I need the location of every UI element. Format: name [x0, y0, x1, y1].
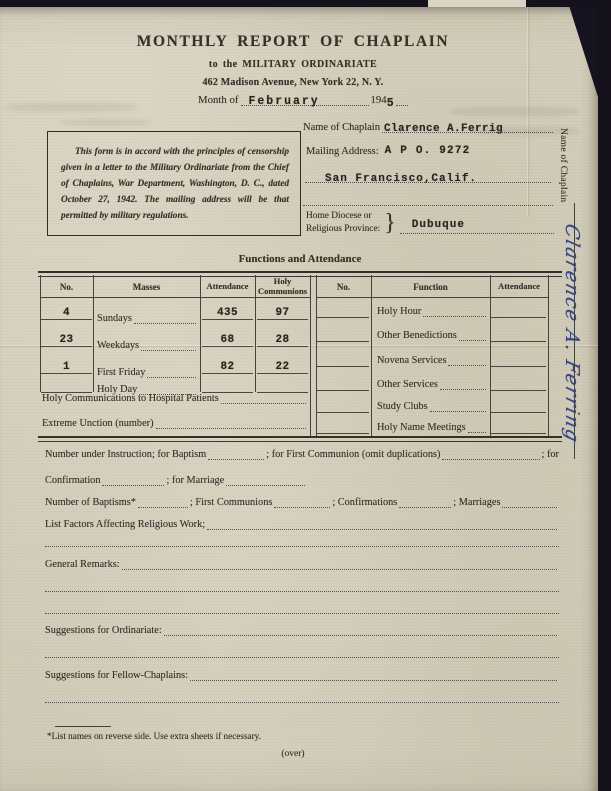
blank-line	[45, 657, 559, 658]
name-line: Name of Chaplain Clarence A.Ferrig	[303, 117, 555, 133]
bleed-through	[60, 119, 150, 126]
year-printed: 194	[371, 94, 387, 106]
blank-line	[45, 591, 559, 592]
function-label: Other Benedictions	[377, 330, 457, 341]
masses-attendance-cell: 68	[202, 329, 253, 347]
field-leader	[138, 491, 188, 508]
col-header-attendance: Attendance	[490, 282, 548, 292]
function-no-cell	[317, 395, 369, 413]
name-label: Name of Chaplain	[303, 122, 380, 133]
form-page: MONTHLY REPORT OF CHAPLAIN to the MILITA…	[0, 7, 598, 791]
label-leader	[134, 307, 196, 324]
function-label: Study Clubs	[377, 401, 428, 412]
label-leader	[468, 416, 486, 433]
page-title: MONTHLY REPORT OF CHAPLAIN	[0, 33, 586, 51]
masses-no-value: 23	[59, 334, 73, 346]
month-leader: February	[241, 89, 369, 106]
blank-line	[45, 546, 559, 547]
function-attendance-cell	[491, 395, 546, 413]
col-header-function: Function	[371, 282, 490, 292]
function-label: Novena Services	[377, 355, 446, 366]
field-leader	[190, 664, 557, 681]
numbers-label-2: ; First Communions	[190, 497, 272, 508]
diocese-label: Home Diocese or Religious Province:	[306, 210, 380, 235]
attendance-value: 82	[220, 361, 234, 373]
blank-line	[45, 702, 559, 703]
function-row-label: Holy Name Meetings	[377, 417, 488, 433]
extreme-unction-label: Extreme Unction (number)	[42, 418, 154, 429]
table-divider	[310, 275, 311, 436]
instruction-label-2: ; for First Communion (omit duplications…	[266, 449, 440, 460]
suggestions-ordinariate-label: Suggestions for Ordinariate:	[45, 625, 162, 636]
label-leader	[459, 324, 486, 341]
factors-line: List Factors Affecting Religious Work;	[45, 514, 559, 530]
communions-value: 22	[275, 361, 289, 373]
section-bottom-rule	[38, 436, 562, 442]
function-attendance-cell	[491, 300, 546, 318]
label-leader	[147, 361, 196, 378]
confirmation-line: Confirmation ; for Marriage	[45, 470, 307, 486]
margin-name-label: Name of Chaplain	[558, 128, 568, 202]
function-no-cell	[317, 373, 369, 391]
diocese-leader: Dubuque	[400, 211, 554, 234]
attendance-value: 435	[217, 307, 238, 319]
function-attendance-cell	[491, 324, 546, 342]
month-line: Month of February 194 5	[198, 90, 398, 106]
communions-value: 97	[275, 307, 289, 319]
field-leader	[226, 469, 305, 486]
instruction-label-1: Number under Instruction; for Baptism	[45, 449, 206, 460]
general-remarks-line: General Remarks:	[45, 554, 559, 570]
diocese-value: Dubuque	[412, 219, 465, 231]
function-row-label: Other Services	[377, 374, 488, 390]
suggestions-ordinariate-line: Suggestions for Ordinariate:	[45, 620, 559, 636]
extreme-unction-line: Extreme Unction (number)	[42, 413, 308, 429]
masses-no-value: 4	[63, 307, 70, 319]
page-subtitle: to the MILITARY ORDINARIATE	[0, 59, 586, 70]
suggestions-fellow-line: Suggestions for Fellow-Chaplains:	[45, 665, 559, 681]
masses-row-label: Sundays	[97, 308, 198, 324]
scanned-document: MONTHLY REPORT OF CHAPLAIN to the MILITA…	[0, 0, 611, 791]
masses-attendance-cell: 435	[202, 302, 253, 320]
function-row-label: Holy Hour	[377, 301, 488, 317]
col-header-masses: Masses	[93, 282, 200, 292]
masses-no-value: 1	[63, 361, 70, 373]
chaplain-signature: Clarence A. Ferring	[562, 222, 581, 446]
function-attendance-cell	[491, 349, 546, 367]
col-header-no: No.	[40, 282, 93, 292]
numbers-label-3: ; Confirmations	[332, 497, 397, 508]
censorship-notice-box: This form is in accord with the principl…	[47, 131, 301, 236]
ordinariate-address: 462 Madison Avenue, New York 22, N. Y.	[0, 77, 586, 88]
numbers-line: Number of Baptisms* ; First Communions ;…	[45, 492, 559, 508]
year-leader	[396, 89, 408, 106]
field-leader	[274, 491, 330, 508]
confirmation-label-2: ; for Marriage	[166, 475, 224, 486]
table-vline	[548, 275, 549, 436]
section-title: Functions and Attendance	[40, 253, 560, 265]
mailing-value: A P O. 9272	[385, 145, 471, 157]
footnote: *List names on reverse side. Use extra s…	[47, 731, 261, 741]
field-leader	[207, 513, 557, 530]
masses-label: Weekdays	[97, 340, 139, 351]
general-remarks-label: General Remarks:	[45, 559, 120, 570]
col-header-communions-line2: Communions	[255, 287, 310, 297]
censorship-notice-text: This form is in accord with the principl…	[61, 145, 289, 225]
masses-communions-cell: 28	[257, 329, 308, 347]
masses-no-cell: 4	[41, 302, 92, 320]
name-value: Clarence A.Ferrig	[384, 123, 503, 135]
instruction-line: Number under Instruction; for Baptism ; …	[45, 444, 559, 460]
city-leader: San Francisco,Calif.	[305, 166, 551, 183]
masses-attendance-cell: 82	[202, 356, 253, 374]
label-leader	[141, 334, 196, 351]
masses-no-cell: 23	[41, 329, 92, 347]
diocese-block: Home Diocese or Religious Province: } Du…	[306, 210, 556, 235]
masses-communions-cell: 22	[257, 356, 308, 374]
over-note: (over)	[0, 749, 586, 759]
table-vline	[200, 275, 201, 392]
function-no-cell	[317, 300, 369, 318]
name-leader: Clarence A.Ferrig	[382, 116, 553, 133]
table-vline	[371, 275, 372, 436]
masses-communions-cell: 97	[257, 302, 308, 320]
masses-no-cell: 1	[41, 356, 92, 374]
numbers-label-4: ; Marriages	[453, 497, 500, 508]
mailing-city: San Francisco,Calif.	[325, 173, 477, 185]
field-leader	[102, 469, 164, 486]
label-leader	[448, 349, 486, 366]
confirmation-label-1: Confirmation	[45, 475, 100, 486]
masses-label: First Friday	[97, 367, 145, 378]
instruction-label-3: ; for	[542, 449, 559, 460]
communions-value: 28	[275, 334, 289, 346]
month-label: Month of	[198, 94, 239, 106]
label-leader	[430, 395, 486, 412]
diocese-brace: }	[384, 211, 396, 235]
field-leader	[164, 619, 557, 636]
field-leader	[502, 491, 557, 508]
col-header-no: No.	[316, 282, 371, 292]
function-label: Holy Hour	[377, 306, 421, 317]
hospital-communions-label: Holy Communications to Hospital Patients	[42, 393, 219, 404]
margin-block: Name of Chaplain Clarence A. Ferring	[558, 128, 578, 460]
function-no-cell	[317, 416, 369, 434]
mailing-line: Mailing Address: A P O. 9272	[306, 141, 556, 157]
label-leader	[440, 373, 486, 390]
field-leader	[156, 412, 306, 429]
factors-label: List Factors Affecting Religious Work;	[45, 519, 205, 530]
bleed-through	[6, 103, 136, 112]
footnote-rule	[55, 726, 111, 727]
function-row-label: Study Clubs	[377, 396, 488, 412]
function-label: Other Services	[377, 379, 438, 390]
function-attendance-cell	[491, 416, 546, 434]
masses-row-label: First Friday	[97, 362, 198, 378]
margin-line: Clarence A. Ferring	[558, 202, 581, 460]
function-label: Holy Name Meetings	[377, 422, 466, 433]
suggestions-fellow-label: Suggestions for Fellow-Chaplains:	[45, 670, 188, 681]
field-leader	[221, 387, 306, 404]
function-row-label: Novena Services	[377, 350, 488, 366]
mailing-label: Mailing Address:	[306, 146, 379, 157]
hospital-communions-line: Holy Communications to Hospital Patients	[42, 388, 308, 404]
blank-line	[303, 205, 553, 206]
diocese-label-line1: Home Diocese or	[306, 210, 380, 223]
bleed-through	[450, 107, 580, 116]
diocese-label-line2: Religious Province:	[306, 223, 380, 236]
month-value: February	[249, 95, 320, 108]
blank-line	[45, 613, 559, 614]
masses-label: Sundays	[97, 313, 132, 324]
function-attendance-cell	[491, 373, 546, 391]
col-header-communions: Holy Communions	[255, 277, 310, 297]
year-typed: 5	[387, 97, 394, 110]
col-header-attendance: Attendance	[200, 282, 255, 292]
numbers-label-1: Number of Baptisms*	[45, 497, 136, 508]
header-underline-right	[316, 297, 548, 298]
field-leader	[442, 443, 539, 460]
masses-row-label: Weekdays	[97, 335, 198, 351]
table-vline	[93, 275, 94, 392]
function-row-label: Other Benedictions	[377, 325, 488, 341]
field-leader	[122, 553, 557, 570]
header-underline-left	[40, 297, 310, 298]
field-leader	[208, 443, 264, 460]
label-leader	[423, 300, 486, 317]
function-no-cell	[317, 324, 369, 342]
field-leader	[399, 491, 451, 508]
function-no-cell	[317, 349, 369, 367]
mailing-city-line: San Francisco,Calif.	[303, 167, 553, 183]
attendance-value: 68	[220, 334, 234, 346]
